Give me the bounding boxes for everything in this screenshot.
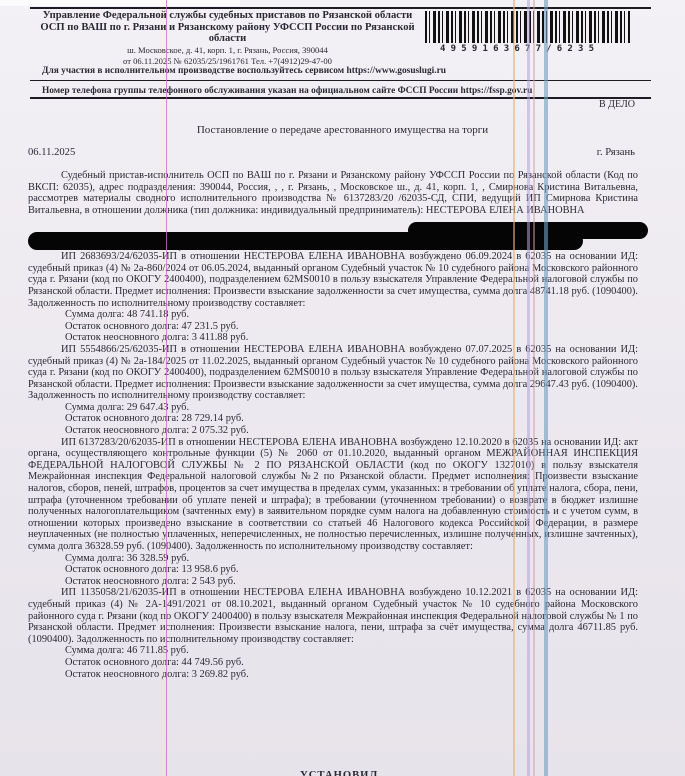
header-top-rule [30, 7, 651, 9]
header-mid-rule [30, 80, 651, 81]
org-line-2: ОСП по ВАШ по г. Рязани и Рязанскому рай… [30, 22, 425, 34]
scan-margin [0, 0, 240, 6]
document-city: г. Рязань [597, 147, 635, 158]
phone-notice: Номер телефона группы телефонного обслуж… [42, 86, 532, 96]
org-line-1: Управление Федеральной службы судебных п… [30, 10, 425, 22]
scan-stripe-rose [533, 0, 535, 776]
gosuslugi-notice: Для участия в исполнительном производств… [42, 66, 446, 76]
scan-stripe-pink [166, 0, 167, 776]
document-title: Постановление о передаче арестованного и… [0, 124, 685, 136]
issuing-authority-block: Управление Федеральной службы судебных п… [30, 10, 425, 68]
org-line-3: области [30, 33, 425, 45]
scan-stripe-violet [527, 0, 530, 776]
scan-stripe-orange [513, 0, 515, 776]
header-bottom-rule [30, 97, 651, 99]
redaction-bar-2 [28, 232, 583, 250]
filing-stamp: В ДЕЛО [599, 99, 635, 110]
section-heading-cut: УСТАНОВИЛ [300, 770, 378, 776]
org-address: ш. Московское, д. 41, корп. 1, г. Рязань… [30, 45, 425, 57]
scanned-document-page: Управление Федеральной службы судебных п… [0, 0, 685, 776]
document-date: 06.11.2025 [28, 147, 75, 158]
scan-stripe-blue [544, 0, 548, 776]
